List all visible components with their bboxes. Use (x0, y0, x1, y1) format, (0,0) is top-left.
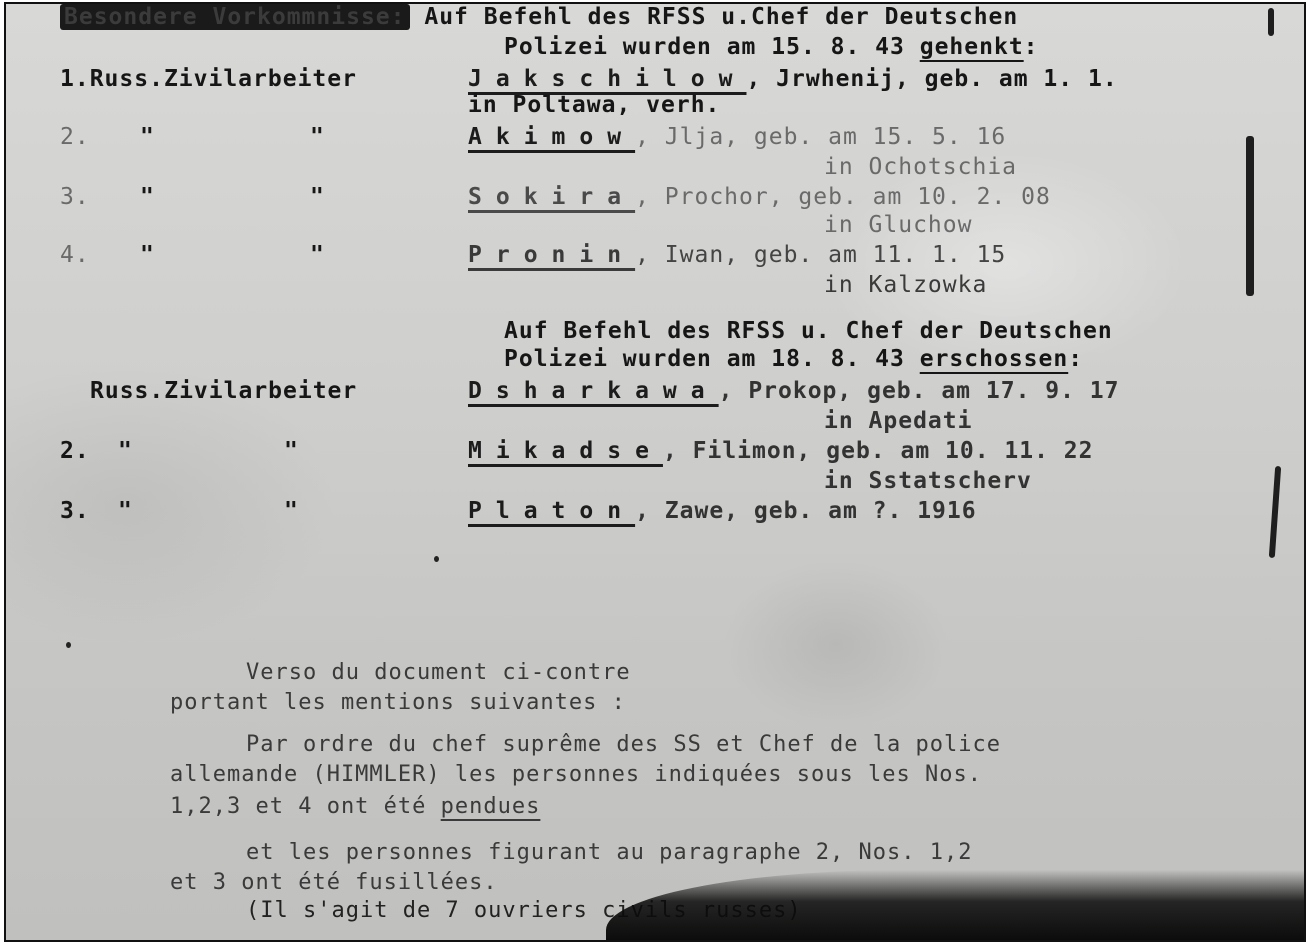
ditto-mark: " (310, 184, 325, 210)
verb-hanged: gehenkt (920, 34, 1024, 60)
ditto-mark: " (118, 438, 133, 464)
document-scan: Besondere Vorkommnisse: Auf Befehl des R… (4, 2, 1306, 942)
details: , Jlja, geb. am 15. 5. 16 (635, 124, 1006, 150)
order-1-line-1: Auf Befehl des RFSS u.Chef der Deutschen (424, 4, 1018, 30)
details: , Jrwhenij, geb. am 1. 1. (746, 66, 1117, 92)
entry-number: 2. (60, 124, 90, 150)
entry-name: Akimow, Jlja, geb. am 15. 5. 16 (468, 124, 1006, 150)
heading-label: Besondere Vorkommnisse: (60, 4, 410, 30)
order-2-line-1: Auf Befehl des RFSS u. Chef der Deutsche… (504, 318, 1113, 344)
french-para-line-1: Par ordre du chef suprême des SS et Chef… (246, 732, 1001, 757)
entry-name: Dsharkawa, Prokop, geb. am 17. 9. 17 (468, 378, 1120, 404)
margin-mark (1246, 136, 1254, 296)
speck (434, 556, 439, 562)
entry-name: Mikadse, Filimon, geb. am 10. 11. 22 (468, 438, 1094, 464)
surname: Mikadse (468, 438, 663, 464)
details: , Iwan, geb. am 11. 1. 15 (635, 242, 1006, 268)
french-para-line-3: 1,2,3 et 4 ont été pendues (170, 794, 540, 819)
surname: Pronin (468, 242, 635, 268)
entry-number: 3. (60, 184, 90, 210)
entry-place: in Sstatscherv (824, 468, 1032, 494)
entry-number: 2. (60, 438, 90, 464)
entry-place: in Apedati (824, 408, 972, 434)
order-2-line-2: Polizei wurden am 18. 8. 43 erschossen: (504, 346, 1083, 372)
ditto-mark: " (118, 498, 133, 524)
order-1-line-2: Polizei wurden am 15. 8. 43 gehenkt: (504, 34, 1039, 60)
entry-name: Sokira, Prochor, geb. am 10. 2. 08 (468, 184, 1051, 210)
entry-name: Platon, Zawe, geb. am ?. 1916 (468, 498, 977, 524)
french-para-line-2: allemande (HIMMLER) les personnes indiqu… (170, 762, 982, 787)
entry-number: 1.Russ.Zivilarbeiter (60, 66, 357, 92)
margin-mark (1269, 466, 1281, 558)
ditto-mark: " (310, 124, 325, 150)
ditto-mark: " (284, 438, 299, 464)
margin-mark (1268, 8, 1274, 36)
entry-place: in Poltawa, verh. (468, 92, 720, 118)
surname: Akimow (468, 124, 635, 150)
verb-shot: erschossen (920, 346, 1068, 372)
entry-place: in Gluchow (824, 212, 972, 238)
entry-category: Russ.Zivilarbeiter (90, 378, 357, 404)
speck (66, 642, 71, 648)
ditto-mark: " (284, 498, 299, 524)
scan-shadow (606, 870, 1304, 940)
entry-name: Pronin, Iwan, geb. am 11. 1. 15 (468, 242, 1006, 268)
details: , Filimon, geb. am 10. 11. 22 (663, 438, 1094, 464)
surname: Jakschilow (468, 66, 746, 92)
entry-number: 3. (60, 498, 90, 524)
ditto-mark: " (140, 242, 155, 268)
details: , Prochor, geb. am 10. 2. 08 (635, 184, 1051, 210)
details: , Zawe, geb. am ?. 1916 (635, 498, 977, 524)
ditto-mark: " (140, 124, 155, 150)
surname: Sokira (468, 184, 635, 210)
ditto-mark: " (140, 184, 155, 210)
surname: Platon (468, 498, 635, 524)
surname: Dsharkawa (468, 378, 719, 404)
details: , Prokop, geb. am 17. 9. 17 (719, 378, 1120, 404)
ditto-mark: " (310, 242, 325, 268)
french-intro-line-2: portant les mentions suivantes : (170, 690, 626, 715)
french-para-line-4: et les personnes figurant au paragraphe … (246, 840, 973, 865)
heading-line: Besondere Vorkommnisse: Auf Befehl des R… (60, 4, 1018, 30)
entry-place: in Ochotschia (824, 154, 1017, 180)
entry-name: Jakschilow, Jrwhenij, geb. am 1. 1. (468, 66, 1118, 92)
entry-place: in Kalzowka (824, 272, 987, 298)
entry-number: 4. (60, 242, 90, 268)
french-intro-line-1: Verso du document ci-contre (246, 660, 631, 685)
french-para-line-5: et 3 ont été fusillées. (170, 870, 498, 895)
verb-hanged-fr: pendues (441, 794, 541, 819)
